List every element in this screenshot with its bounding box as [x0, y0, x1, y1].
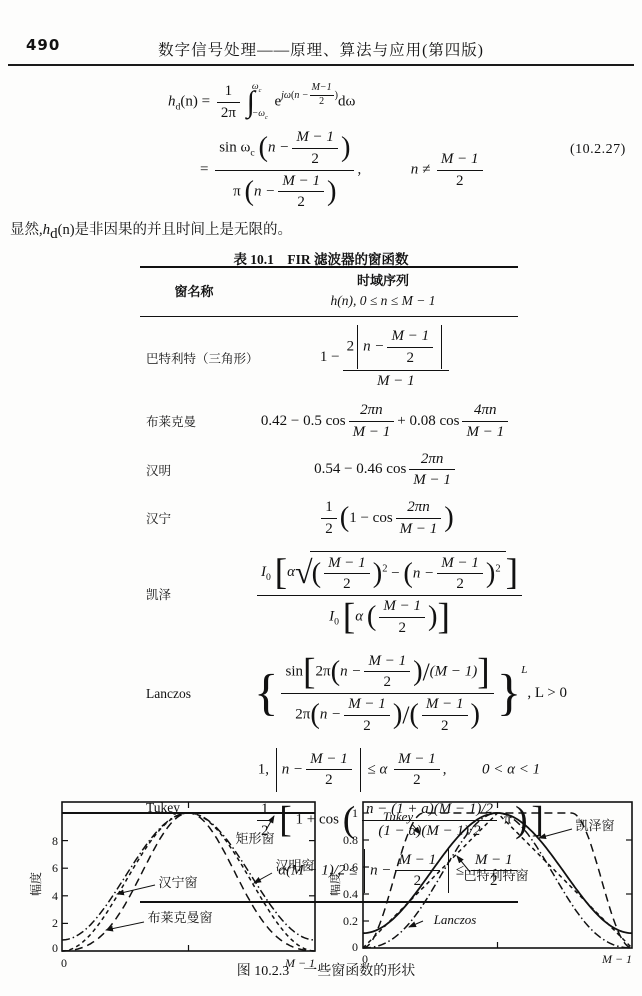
window-name-blackman: 布莱克曼: [140, 412, 254, 430]
y-tick-label: 0: [52, 941, 58, 955]
left-window-plot: 8 6 4 2 0 幅度 0 M − 1 矩形窗 汉明窗 汉宁窗 布莱克曼窗: [28, 796, 328, 974]
label-tukey-window: Tukey: [383, 809, 414, 824]
equation-10-2-27-line2: = sin ωc (n −M − 12) π (n −M − 12) , n ≠…: [200, 128, 486, 212]
label-hanning-window: 汉宁窗: [158, 875, 197, 890]
y-tick-label: 0: [352, 940, 358, 954]
label-kaiser-window: 凯泽窗: [575, 818, 614, 833]
label-rectangular-window: 矩形窗: [235, 831, 274, 846]
running-head-title: 数字信号处理——原理、算法与应用(第四版): [0, 38, 642, 60]
figure-caption: 图 10.2.3 一些窗函数的形状: [10, 960, 642, 980]
table-title: 表 10.1 FIR 滤波器的窗函数: [0, 248, 642, 268]
y-tick-label: 0.2: [343, 914, 358, 928]
table-row-bartlett: 巴特利特（三角形） 1 − 2n −M − 12 M − 1: [140, 317, 518, 397]
formula-kaiser: I0 [α√(M − 12)2 − (n −M − 12)2] I0 [α (M…: [254, 551, 525, 638]
label-lanczos-window: Lanczos: [433, 912, 477, 927]
header-rule: [8, 64, 634, 66]
y-tick-label: 0.8: [343, 833, 358, 847]
label-hamming-window: 汉明窗: [275, 858, 314, 873]
window-name-hanning: 汉宁: [140, 509, 254, 527]
formula-hanning: 12 ( 1 − cos 2πnM − 1 ): [254, 498, 518, 539]
equation-10-2-27-line1: hd(n) = 12π ∫ωc−ωc ejω(n −M−12)dω: [168, 82, 355, 123]
window-name-bartlett: 巴特利特（三角形）: [140, 349, 254, 367]
y-tick-label: 4: [52, 889, 58, 903]
equation-number: (10.2.27): [570, 142, 626, 158]
table-row-kaiser: 凯泽 I0 [α√(M − 12)2 − (n −M − 12)2] I0 [α…: [140, 543, 518, 646]
y-axis-label: 幅度: [28, 872, 43, 896]
right-window-plot: 1 0.8 0.6 0.4 0.2 0 幅度 0 M − 1 Tukey 凯泽窗…: [330, 796, 642, 974]
tukey-case1: 1, n −M − 12 ≤ α M − 12, 0 < α < 1: [258, 748, 540, 793]
label-blackman-window: 布莱克曼窗: [147, 910, 212, 925]
table-row-lanczos: Lanczos { sin[2π(n −M − 12)/(M − 1)] 2π(…: [140, 646, 518, 742]
formula-lanczos: { sin[2π(n −M − 12)/(M − 1)] 2π(n −M − 1…: [254, 652, 567, 736]
y-tick-label: 0.4: [343, 887, 358, 901]
window-name-lanczos: Lanczos: [140, 686, 254, 702]
arrow-rectangular: [266, 816, 274, 830]
y-tick-label: 6: [52, 861, 58, 875]
y-tick-label: 2: [52, 916, 58, 930]
formula-bartlett: 1 − 2n −M − 12 M − 1: [254, 325, 518, 391]
col-header-window-name: 窗名称: [140, 281, 248, 300]
table-row-hamming: 汉明 0.54 − 0.46 cos 2πnM − 1: [140, 446, 518, 495]
hd-var: h: [168, 94, 176, 110]
formula-hamming: 0.54 − 0.46 cos 2πnM − 1: [254, 450, 518, 491]
table-row-blackman: 布莱克曼 0.42 − 0.5 cos 2πnM − 1 + 0.08 cos …: [140, 397, 518, 446]
arrow-lanczos: [409, 921, 423, 927]
label-bartlett-window: 巴特利特窗: [463, 868, 528, 883]
arrow-hamming: [254, 873, 272, 883]
y-axis-label: 幅度: [330, 872, 342, 896]
book-page: 490 数字信号处理——原理、算法与应用(第四版) hd(n) = 12π ∫ω…: [0, 0, 642, 996]
y-tick-label: 0.6: [343, 860, 358, 874]
arrow-blackman: [106, 922, 144, 930]
col-header-sequence: 时域序列 h(n), 0 ≤ n ≤ M − 1: [248, 271, 518, 311]
window-name-kaiser: 凯泽: [140, 585, 254, 603]
window-name-hamming: 汉明: [140, 461, 254, 479]
table-row-hanning: 汉宁 12 ( 1 − cos 2πnM − 1 ): [140, 494, 518, 543]
table-header-row: 窗名称 时域序列 h(n), 0 ≤ n ≤ M − 1: [140, 268, 518, 317]
arrow-tukey: [412, 824, 420, 834]
arrow-kaiser: [539, 829, 572, 838]
body-paragraph: 显然,hd(n)是非因果的并且时间上是无限的。: [10, 218, 292, 243]
y-tick-label: 8: [52, 834, 58, 848]
y-tick-label: 1: [352, 806, 358, 820]
formula-blackman: 0.42 − 0.5 cos 2πnM − 1 + 0.08 cos 4πnM …: [254, 401, 518, 442]
